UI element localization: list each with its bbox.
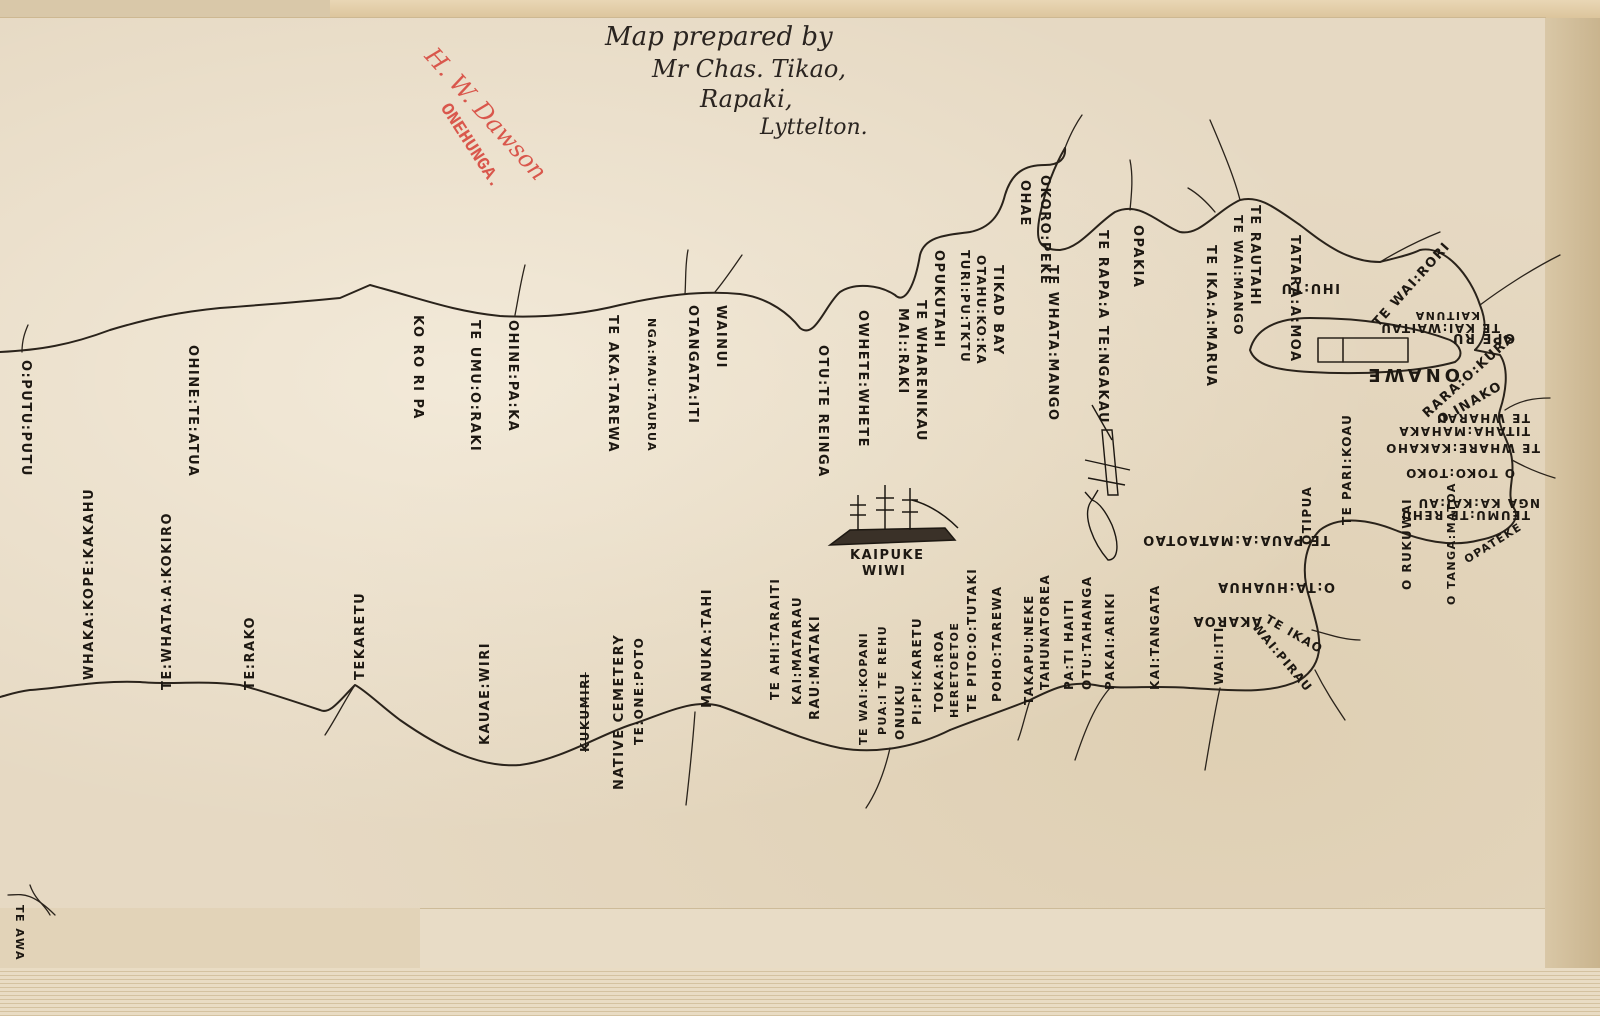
attribution-line-4: Lyttelton.: [760, 115, 868, 140]
place-label: NGA:MAU:TAURUA: [645, 318, 658, 452]
place-label: O RUKUWAI: [1400, 498, 1414, 590]
place-label-struck: KUKUMIRI: [578, 672, 592, 752]
place-label: RAU:MATAKI: [808, 615, 823, 720]
place-label: KAI:TANGATA: [1148, 584, 1162, 690]
harbour-name-onawe: ONAWE: [1364, 364, 1460, 385]
place-label: TE PARI:KOAU: [1340, 414, 1354, 525]
place-label: TE AKA:TAREWA: [605, 315, 620, 453]
place-label: PI:PI:KARETU: [910, 617, 924, 725]
place-label: NATIVE CEMETERY: [612, 634, 627, 790]
place-label: O TOKO:TOKO: [1405, 466, 1515, 480]
place-label: TE RAPA:A TE:NGAKAU: [1095, 230, 1110, 424]
coastline-drawing: [0, 0, 1600, 1016]
place-label: O:PUTU:PUTU: [18, 360, 33, 477]
place-label: TE PAUA:A:MATAOTAO: [1142, 532, 1330, 547]
place-label: TE AWA: [13, 905, 26, 961]
place-label: IHU:TU: [1280, 280, 1340, 295]
attribution-line-1: Map prepared by: [605, 22, 833, 52]
place-label: TE:RAKO: [243, 616, 258, 690]
place-label: OTU:TAHANGA: [1080, 576, 1094, 690]
place-label: TE WHARAU: [1435, 411, 1530, 425]
place-label: O:TA:HUAHUA: [1217, 579, 1335, 594]
place-label: TE:WHATA:A:KOKIRO: [160, 512, 175, 690]
place-label: HERETOETOE: [948, 622, 961, 718]
place-label: TAKAPU:NEKE: [1022, 594, 1036, 705]
attribution-line-2: Mr Chas. Tikao,: [652, 55, 846, 83]
sailing-ship-icon: [830, 485, 958, 545]
fish-icon: [1085, 490, 1117, 560]
place-label: TE:ONE:POTO: [632, 637, 646, 745]
place-label: TAHUNATOREA: [1038, 574, 1052, 690]
place-label: WHAKA:KOPE:KAKAHU: [82, 488, 97, 680]
place-label: O TANGA:MATOA: [1445, 482, 1458, 605]
place-label: TE IKA:A:MARUA: [1203, 245, 1218, 387]
place-label: TE WAI:MANGO: [1231, 215, 1245, 336]
place-label: TEKARETU: [353, 592, 368, 680]
place-label: MAI::RAKI: [895, 308, 910, 395]
place-label: KAI:MATARAU: [790, 596, 804, 705]
place-label: TE WAI:KOPANI: [857, 632, 870, 745]
place-label: OHINE:PA:KA: [505, 320, 520, 432]
place-label: TOKA:ROA: [932, 630, 946, 712]
place-label: ONUKU: [893, 684, 907, 740]
place-label: TE WHATA:MANGO: [1045, 265, 1060, 422]
place-label: TE WHARENIKAU: [913, 300, 928, 442]
place-label: TIKAD BAY: [990, 265, 1005, 356]
place-label: OTANGATA:ITI: [685, 305, 700, 424]
place-label: TE WHARE:KAKAHO: [1385, 441, 1540, 455]
place-label: WAINUI: [713, 305, 728, 369]
place-label: KAUAE:WIRI: [478, 642, 493, 745]
place-label: OPUKUTAHI: [931, 250, 946, 349]
place-label: POHO:TAREWA: [990, 585, 1004, 702]
place-label: TITAHA:MAHAKA: [1398, 424, 1530, 438]
ship-label-line-2: WIWI: [862, 564, 906, 579]
place-label: OPAKIA: [1130, 225, 1145, 288]
place-label: OHINE:TE:ATUA: [185, 345, 200, 477]
place-label: PA:TI HAITI: [1062, 598, 1076, 690]
place-label: TE UMU:O:RAKI: [467, 320, 482, 452]
place-label: WAI:ITI: [1212, 626, 1226, 685]
place-label: PAKAI:ARIKI: [1103, 592, 1117, 690]
place-label: TE AHI:TARAITI: [768, 578, 782, 700]
place-label: KO RO RI PA: [410, 315, 425, 420]
place-label: TE PITO:O:TUTAKI: [965, 568, 979, 712]
attribution-line-3: Rapaki,: [700, 85, 792, 113]
place-label: OTAHU:KO:KA: [974, 255, 988, 365]
place-label: TURI:PU:TKTU: [958, 250, 972, 363]
place-label: TEUMU:TE REHU: [1400, 508, 1530, 522]
place-label: OWHETE:WHETE: [855, 310, 870, 448]
place-label: OHAE: [1017, 180, 1032, 227]
place-label: TE RAUTAHI: [1247, 205, 1262, 306]
place-label: OTU:TE REINGA: [815, 345, 830, 478]
place-label: MANUKA:TAHI: [700, 588, 715, 708]
place-label: TATARA:A:MOA: [1287, 235, 1302, 363]
place-label: AKAROA: [1192, 613, 1262, 628]
place-label: PUA:I TE REHU: [876, 625, 889, 735]
ship-label-line-1: KAIPUKE: [850, 548, 925, 563]
